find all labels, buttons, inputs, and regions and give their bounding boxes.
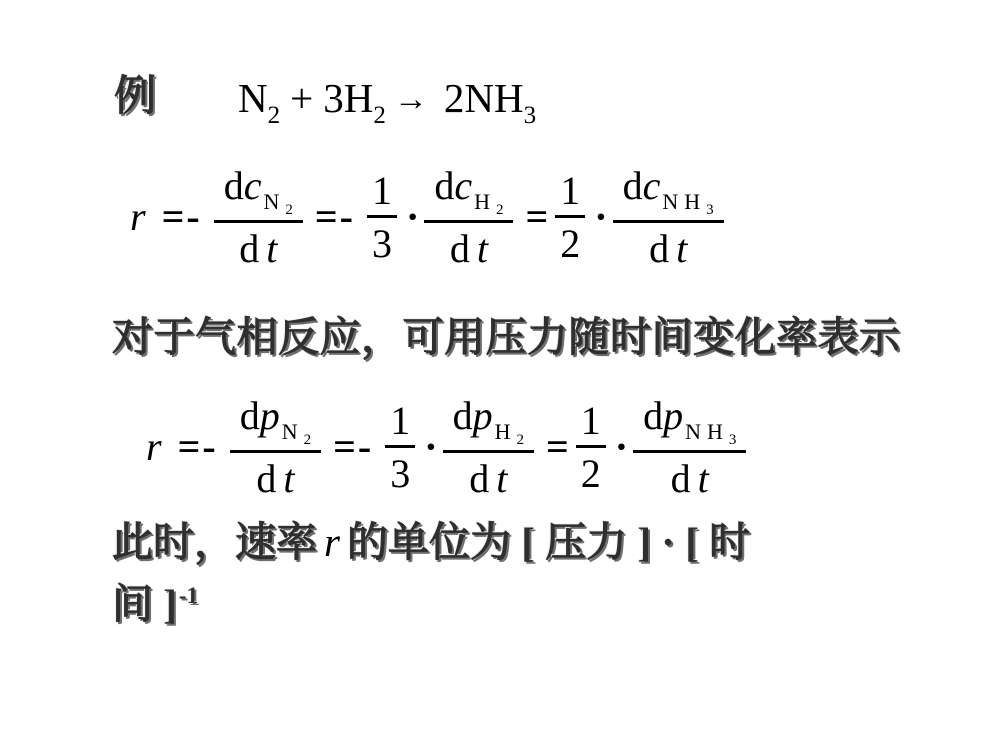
- species-symbol: N: [282, 419, 304, 444]
- exponent-superscript: -1: [179, 583, 198, 608]
- differential-d: d: [671, 456, 691, 501]
- differential-d: d: [434, 163, 454, 208]
- differential-d: d: [649, 226, 669, 271]
- coefficient-one-third: 1 3: [385, 399, 415, 497]
- fraction-dpNH3-dt: dpNH3 dt: [633, 394, 746, 502]
- time-variable: t: [477, 226, 488, 271]
- species-symbol: N: [263, 189, 285, 214]
- species-subscript: N2: [282, 419, 311, 444]
- differential-d: d: [450, 226, 470, 271]
- species-symbol: NH: [662, 189, 706, 214]
- differential-d: d: [643, 393, 663, 438]
- coefficient-one-half: 1 2: [555, 169, 585, 267]
- reactant2-symbol: 3H: [323, 75, 373, 121]
- plus-sign: +: [290, 75, 313, 121]
- equals-sign: =: [546, 425, 571, 470]
- rate-symbol: r: [130, 195, 146, 240]
- fraction-denominator: dt: [440, 223, 498, 272]
- fraction-denominator: dt: [246, 453, 304, 502]
- fraction-numerator: dpN2: [230, 394, 321, 450]
- example-label: 例: [114, 76, 156, 118]
- fraction-numerator: 1: [385, 399, 415, 445]
- reactant1-symbol: N: [238, 75, 268, 121]
- pressure-variable: p: [473, 393, 493, 438]
- unit-note-suffix: 的单位为 [ 压力 ] · [ 时: [347, 519, 750, 565]
- time-variable: t: [266, 226, 277, 271]
- fraction-denominator: dt: [459, 453, 517, 502]
- concentration-variable: c: [643, 163, 661, 208]
- multiplication-dot: ·: [615, 425, 628, 470]
- species-subscript: NH3: [662, 189, 713, 214]
- species-number: 3: [706, 202, 714, 218]
- fraction-denominator: 2: [576, 448, 606, 497]
- unit-note-line2: 间 ]-1: [112, 569, 750, 631]
- pressure-variable: p: [663, 393, 683, 438]
- time-variable: t: [283, 456, 294, 501]
- coefficient-one-half: 1 2: [576, 399, 606, 497]
- species-symbol: H: [474, 189, 496, 214]
- equals-minus-sign: =-: [333, 425, 373, 470]
- fraction-dpN2-dt: dpN2 dt: [230, 394, 321, 502]
- fraction-denominator: dt: [661, 453, 719, 502]
- species-number: 2: [516, 432, 524, 448]
- rate-equation-pressure: r =- dpN2 dt =- 1 3 · dpH2 dt = 1 2 · dp…: [146, 394, 750, 502]
- species-number: 2: [285, 202, 293, 218]
- species-number: 2: [496, 202, 504, 218]
- species-number: 3: [729, 432, 737, 448]
- fraction-numerator: 1: [367, 169, 397, 215]
- rate-symbol: r: [324, 519, 340, 565]
- species-symbol: H: [495, 419, 517, 444]
- unit-note-line2-text: 间 ]: [112, 581, 177, 627]
- rate-equation-concentration: r =- dcN2 dt =- 1 3 · dcH2 dt = 1 2 · dc…: [130, 164, 728, 272]
- unit-note-prefix: 此时，速率: [112, 519, 317, 565]
- species-subscript: H2: [474, 189, 503, 214]
- differential-d: d: [224, 163, 244, 208]
- differential-d: d: [240, 393, 260, 438]
- gas-phase-note: 对于气相反应，可用压力随时间变化率表示: [112, 314, 901, 361]
- fraction-numerator: dcN2: [214, 164, 303, 220]
- concentration-variable: c: [454, 163, 472, 208]
- fraction-denominator: 3: [367, 218, 397, 267]
- fraction-dcH2-dt: dcH2 dt: [424, 164, 513, 272]
- pressure-variable: p: [260, 393, 280, 438]
- product-subscript: 3: [524, 102, 537, 129]
- fraction-dpH2-dt: dpH2 dt: [443, 394, 534, 502]
- fraction-numerator: dpH2: [443, 394, 534, 450]
- species-subscript: H2: [495, 419, 524, 444]
- multiplication-dot: ·: [406, 195, 419, 240]
- differential-d: d: [469, 456, 489, 501]
- time-variable: t: [676, 226, 687, 271]
- fraction-numerator: dcH2: [424, 164, 513, 220]
- reaction-arrow-icon: →: [394, 81, 428, 118]
- species-subscript: NH3: [685, 419, 736, 444]
- time-variable: t: [698, 456, 709, 501]
- concentration-variable: c: [244, 163, 262, 208]
- fraction-numerator: dcNH3: [613, 164, 724, 220]
- species-symbol: NH: [685, 419, 729, 444]
- fraction-denominator: dt: [639, 223, 697, 272]
- product-symbol: 2NH: [444, 75, 524, 121]
- fraction-denominator: 2: [555, 218, 585, 267]
- equals-minus-sign: =-: [178, 425, 218, 470]
- slide: 例 N2+3H2→2NH3 r =- dcN2 dt =- 1 3 · dcH2…: [0, 0, 1000, 750]
- fraction-numerator: 1: [576, 399, 606, 445]
- differential-d: d: [256, 456, 276, 501]
- coefficient-one-third: 1 3: [367, 169, 397, 267]
- multiplication-dot: ·: [424, 425, 437, 470]
- multiplication-dot: ·: [594, 195, 607, 240]
- species-number: 2: [304, 432, 312, 448]
- differential-d: d: [453, 393, 473, 438]
- species-subscript: N2: [263, 189, 292, 214]
- fraction-dcN2-dt: dcN2 dt: [214, 164, 303, 272]
- fraction-denominator: dt: [229, 223, 287, 272]
- equals-sign: =: [525, 195, 550, 240]
- differential-d: d: [623, 163, 643, 208]
- reaction-equation: N2+3H2→2NH3: [238, 74, 536, 131]
- reactant2-subscript: 2: [373, 102, 386, 129]
- fraction-numerator: dpNH3: [633, 394, 746, 450]
- differential-d: d: [239, 226, 259, 271]
- fraction-numerator: 1: [555, 169, 585, 215]
- unit-note: 此时，速率r的单位为 [ 压力 ] · [ 时 间 ]-1: [112, 516, 750, 631]
- fraction-dcNH3-dt: dcNH3 dt: [613, 164, 724, 272]
- unit-note-line1: 此时，速率r的单位为 [ 压力 ] · [ 时: [112, 516, 750, 569]
- equals-minus-sign: =-: [162, 195, 202, 240]
- reactant1-subscript: 2: [268, 102, 281, 129]
- time-variable: t: [496, 456, 507, 501]
- rate-symbol: r: [146, 425, 162, 470]
- equals-minus-sign: =-: [315, 195, 355, 240]
- fraction-denominator: 3: [385, 448, 415, 497]
